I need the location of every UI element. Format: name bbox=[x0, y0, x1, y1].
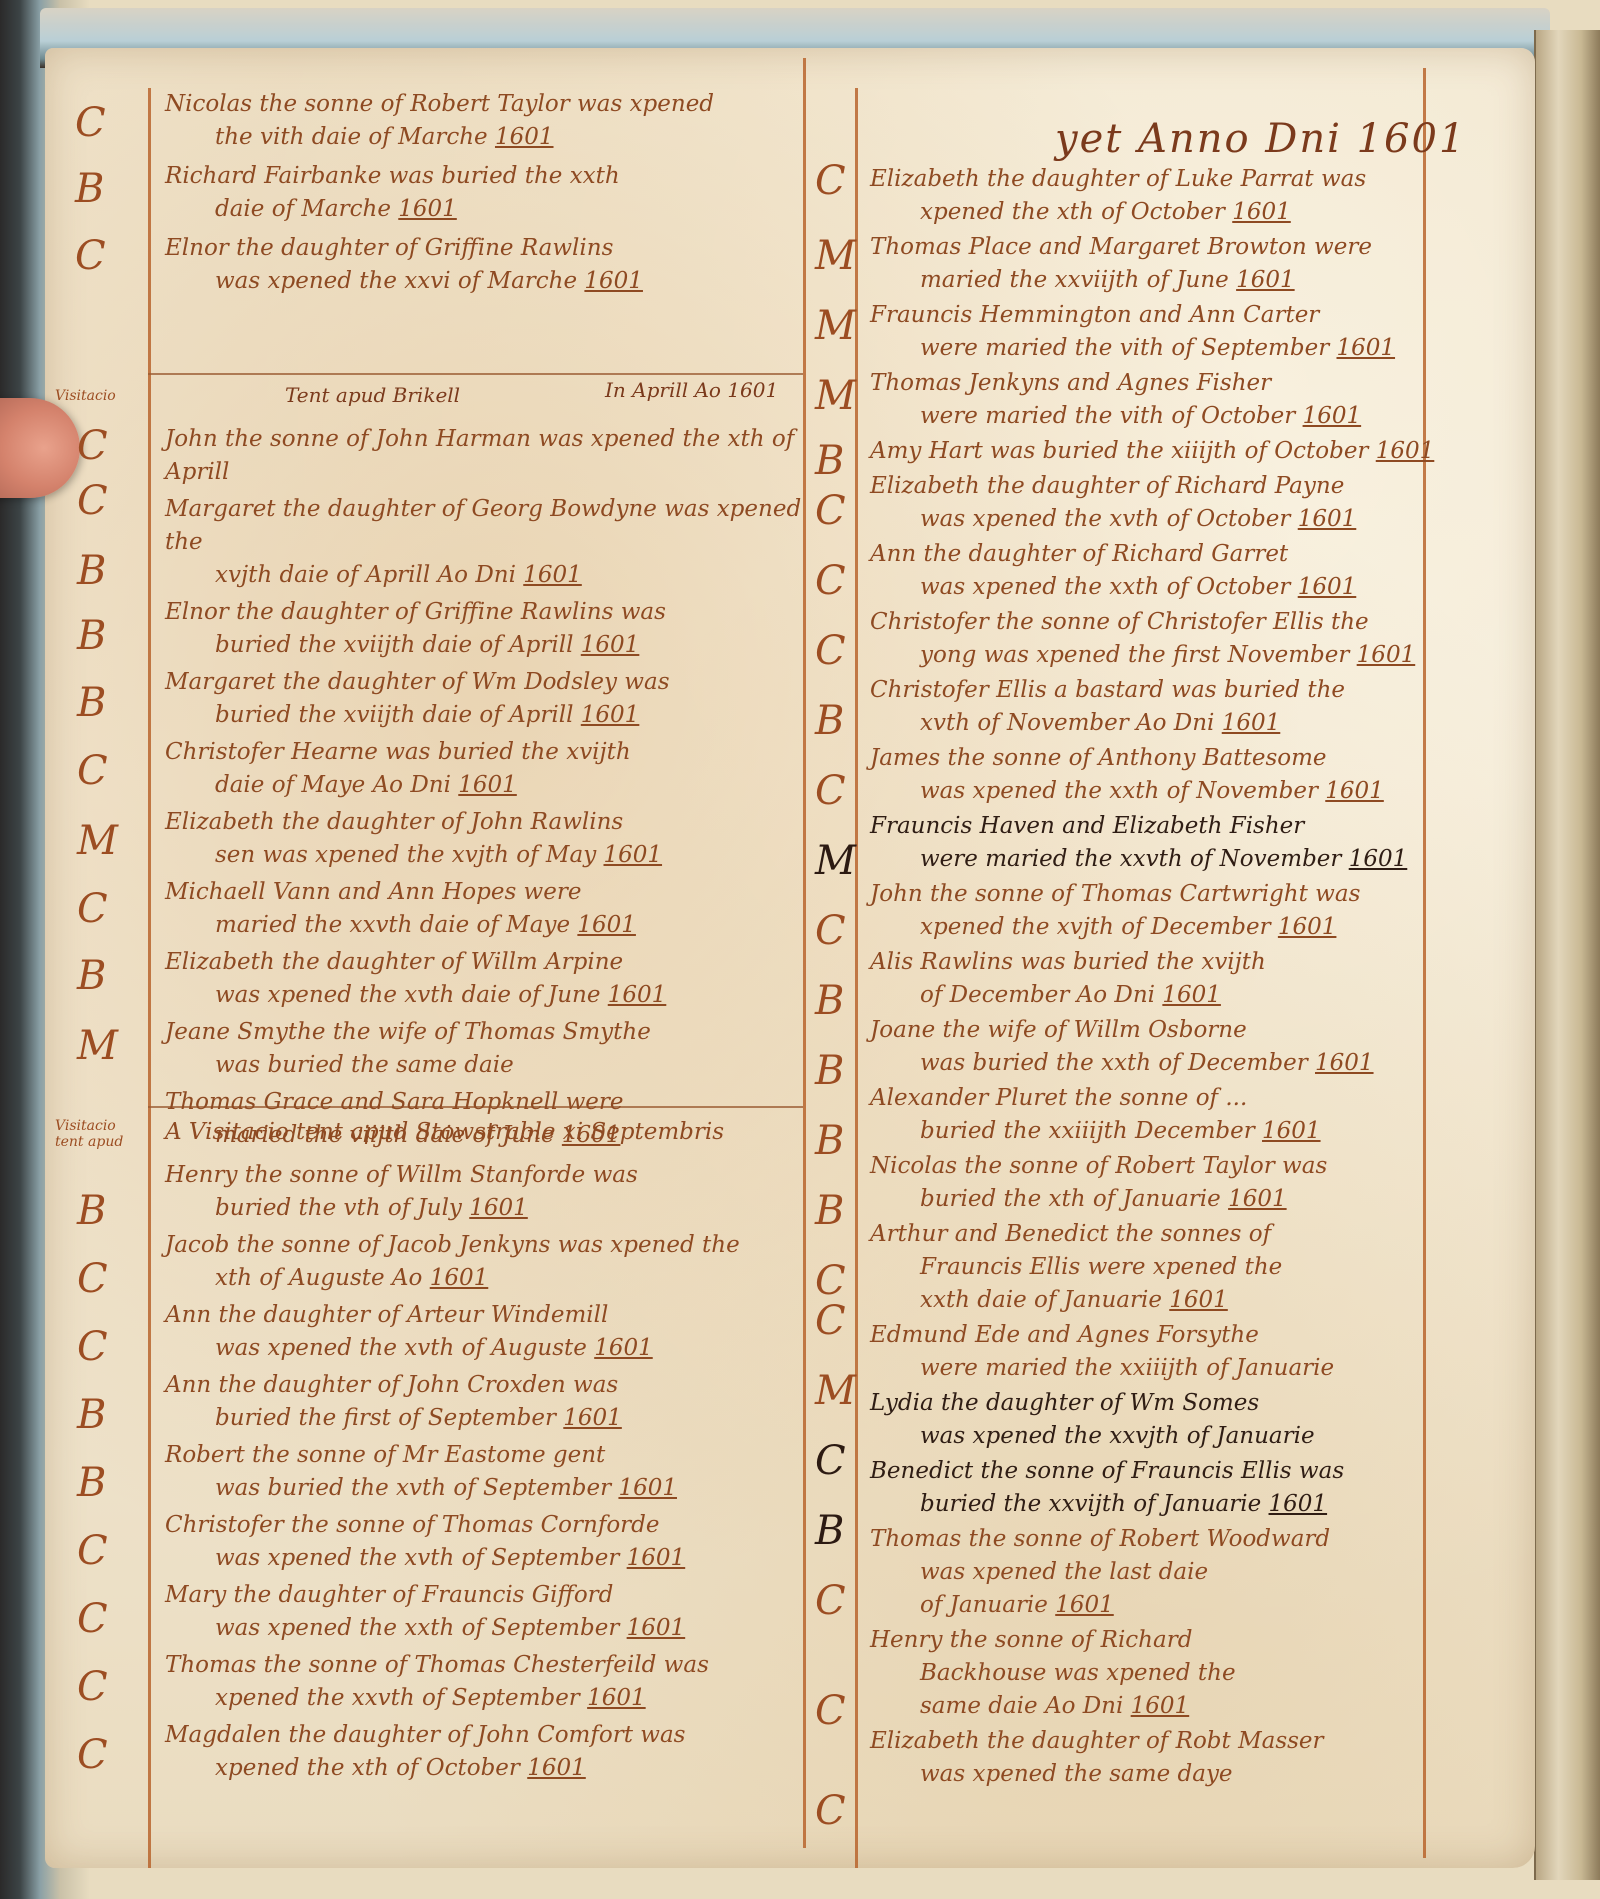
entry-line: buried the xviijth daie of Aprill bbox=[215, 702, 573, 728]
book-photo: yet Anno Dni 1601 Nicolas the sonne of R… bbox=[0, 0, 1600, 1899]
register-entry: James the sonne of Anthony Battesomewas … bbox=[870, 742, 1510, 808]
register-entry: Elizabeth the daughter of Robt Masserwas… bbox=[870, 1725, 1510, 1791]
entry-code: C bbox=[815, 1578, 846, 1624]
entry-line: xpened the xvjth of December bbox=[920, 914, 1271, 940]
entry-code: C bbox=[75, 100, 106, 146]
entry-year: 1601 bbox=[1228, 1186, 1287, 1212]
entry-code: C bbox=[77, 1324, 108, 1370]
margin-rule-left bbox=[148, 88, 151, 1868]
entry-line: was buried the xxth of December bbox=[920, 1050, 1308, 1076]
entry-code: B bbox=[75, 166, 104, 212]
entry-year: 1601 bbox=[563, 1405, 622, 1431]
left-column-block-3: A Visitacio tent apud Stowstrable xi Sep… bbox=[165, 1116, 805, 1785]
register-page: yet Anno Dni 1601 Nicolas the sonne of R… bbox=[45, 48, 1535, 1868]
entry-line: was xpened the xxth of September bbox=[215, 1615, 619, 1641]
entry-code: C bbox=[77, 1664, 108, 1710]
register-entry: Jeane Smythe the wife of Thomas Smythe w… bbox=[165, 1016, 805, 1082]
adjacent-page-edge bbox=[1534, 30, 1600, 1880]
entry-year: 1601 bbox=[1162, 982, 1221, 1008]
register-entry: Elnor the daughter of Griffine Rawlins w… bbox=[165, 596, 805, 662]
entry-year: 1601 bbox=[581, 702, 640, 728]
entry-line: Thomas the sonne of Thomas Chesterfeild … bbox=[165, 1652, 709, 1678]
entry-line: Benedict the sonne of Frauncis Ellis was bbox=[870, 1458, 1344, 1484]
entry-line: Henry the sonne of Willm Stanforde was bbox=[165, 1162, 638, 1188]
entry-line: buried the xth of Januarie bbox=[920, 1186, 1221, 1212]
register-entry: Frauncis Haven and Elizabeth Fisherwere … bbox=[870, 810, 1510, 876]
entry-line: was buried the same daie bbox=[215, 1052, 514, 1078]
entry-code: M bbox=[815, 303, 856, 349]
entry-line: Jacob the sonne of Jacob Jenkyns was xpe… bbox=[165, 1232, 740, 1258]
margin-note-visitation-2: Visitacio tent apud bbox=[55, 1118, 145, 1150]
entry-year: 1601 bbox=[587, 1685, 646, 1711]
entry-year: 1601 bbox=[1269, 1491, 1328, 1517]
entry-line: buried the xxiiijth December bbox=[920, 1118, 1255, 1144]
entry-year: 1601 bbox=[527, 1755, 586, 1781]
entry-year: 1601 bbox=[458, 772, 517, 798]
entry-line: Nicolas the sonne of Robert Taylor was bbox=[870, 1153, 1327, 1179]
entry-line: John the sonne of Thomas Cartwright was bbox=[870, 881, 1360, 907]
section-title: Tent apud Brikell bbox=[285, 383, 460, 407]
entry-year: 1601 bbox=[495, 124, 554, 150]
entry-line: was xpened the xvth of Auguste bbox=[215, 1335, 587, 1361]
entry-code: C bbox=[815, 488, 846, 534]
entry-line: Ann the daughter of John Croxden was bbox=[165, 1372, 618, 1398]
entry-year: 1601 bbox=[581, 632, 640, 658]
entry-code: B bbox=[77, 548, 106, 594]
entry-line: Magdalen the daughter of John Comfort wa… bbox=[165, 1722, 685, 1748]
register-entry: Elizabeth the daughter of John Rawlins s… bbox=[165, 806, 805, 872]
holding-thumb bbox=[0, 398, 80, 498]
entry-code: B bbox=[815, 698, 844, 744]
entry-line: buried the first of September bbox=[215, 1405, 556, 1431]
entry-line: was xpened the xxvi of Marche bbox=[215, 268, 577, 294]
entry-line: Backhouse was xpened the bbox=[920, 1660, 1236, 1686]
entry-line: Elizabeth the daughter of Willm Arpine bbox=[165, 949, 623, 975]
left-column-block-1: Nicolas the sonne of Robert Taylor was x… bbox=[165, 88, 795, 298]
entry-line: Margaret the daughter of Wm Dodsley was bbox=[165, 669, 670, 695]
entry-line: Thomas Place and Margaret Browton were bbox=[870, 234, 1372, 260]
entry-year: 1601 bbox=[1278, 914, 1337, 940]
register-entry: Elizabeth the daughter of Luke Parrat wa… bbox=[870, 163, 1510, 229]
entry-year: 1601 bbox=[1349, 846, 1408, 872]
entry-code: B bbox=[815, 1508, 844, 1554]
entry-code: C bbox=[77, 886, 108, 932]
register-entry: of Januarie 1601 bbox=[870, 1589, 1510, 1622]
entry-year: 1601 bbox=[584, 268, 643, 294]
entry-line: Arthur and Benedict the sonnes of bbox=[870, 1221, 1271, 1247]
entry-code: M bbox=[815, 373, 856, 419]
entry-line: xth of Auguste Ao bbox=[215, 1265, 422, 1291]
entry-year: 1601 bbox=[469, 1195, 528, 1221]
entry-line: Henry the sonne of Richard bbox=[870, 1627, 1192, 1653]
entry-line: was xpened the xxth of October bbox=[920, 574, 1290, 600]
entry-year: 1601 bbox=[1055, 1592, 1114, 1618]
entry-line: xvth of November Ao Dni bbox=[920, 710, 1214, 736]
entry-code: B bbox=[77, 613, 106, 659]
entry-line: Lydia the daughter of Wm Somes bbox=[870, 1390, 1259, 1416]
register-entry: Arthur and Benedict the sonnes ofFraunci… bbox=[870, 1218, 1510, 1284]
register-entry: Mary the daughter of Frauncis Gifford wa… bbox=[165, 1579, 805, 1645]
entry-code: B bbox=[815, 438, 844, 484]
entry-line: xxth daie of Januarie bbox=[920, 1287, 1162, 1313]
entry-line: maried the xxvth daie of Maye bbox=[215, 912, 570, 938]
entry-code: B bbox=[77, 953, 106, 999]
entry-line: Frauncis Hemmington and Ann Carter bbox=[870, 302, 1319, 328]
register-entry: Michaell Vann and Ann Hopes were maried … bbox=[165, 876, 805, 942]
register-entry: Edmund Ede and Agnes Forsythewere maried… bbox=[870, 1319, 1510, 1385]
register-entry: Amy Hart was buried the xiiijth of Octob… bbox=[870, 435, 1510, 468]
register-entry: Alexander Pluret the sonne of ...buried … bbox=[870, 1082, 1510, 1148]
entry-line: Richard Fairbanke was buried the xxth bbox=[165, 163, 620, 189]
register-entry: Thomas Place and Margaret Browton werema… bbox=[870, 231, 1510, 297]
entry-line: Mary the daughter of Frauncis Gifford bbox=[165, 1582, 613, 1608]
register-entry: Elnor the daughter of Griffine Rawlins w… bbox=[165, 232, 795, 298]
entry-line: Thomas the sonne of Robert Woodward bbox=[870, 1526, 1330, 1552]
section-date: In Aprill Ao 1601 bbox=[605, 378, 778, 402]
entry-line: xpened the xxvth of September bbox=[215, 1685, 580, 1711]
entry-year: 1601 bbox=[1337, 335, 1396, 361]
entry-line: Margaret the daughter of Georg Bowdyne w… bbox=[165, 496, 801, 555]
register-entry: Elizabeth the daughter of Richard Paynew… bbox=[870, 470, 1510, 536]
entry-line: were maried the vith of September bbox=[920, 335, 1329, 361]
entry-line: Elnor the daughter of Griffine Rawlins w… bbox=[165, 599, 666, 625]
entry-year: 1601 bbox=[627, 1545, 686, 1571]
entry-line: was xpened the xvth daie of June bbox=[215, 982, 600, 1008]
entry-year: 1601 bbox=[604, 842, 663, 868]
entry-year: 1601 bbox=[1357, 642, 1416, 668]
register-entry: Christofer the sonne of Thomas Cornforde… bbox=[165, 1509, 805, 1575]
entry-line: of Januarie bbox=[920, 1592, 1048, 1618]
register-entry: Elizabeth the daughter of Willm Arpine w… bbox=[165, 946, 805, 1012]
entry-line: was xpened the xxvjth of Januarie bbox=[920, 1423, 1315, 1449]
section-title: A Visitacio tent apud Stowstrable xi Sep… bbox=[165, 1116, 805, 1149]
entry-line: were maried the xxvth of November bbox=[920, 846, 1341, 872]
entry-code: M bbox=[77, 1023, 118, 1069]
entry-year: 1601 bbox=[1222, 710, 1281, 736]
entry-line: Alis Rawlins was buried the xvijth bbox=[870, 949, 1266, 975]
register-entry: Magdalen the daughter of John Comfort wa… bbox=[165, 1719, 805, 1785]
entry-code: C bbox=[815, 1688, 846, 1734]
entry-line: buried the vth of July bbox=[215, 1195, 462, 1221]
entry-code: C bbox=[77, 1596, 108, 1642]
entry-code: C bbox=[75, 233, 106, 279]
register-entry: Thomas the sonne of Thomas Chesterfeild … bbox=[165, 1649, 805, 1715]
entry-line: same daie Ao Dni bbox=[920, 1693, 1123, 1719]
entry-line: Christofer the sonne of Thomas Cornforde bbox=[165, 1512, 660, 1538]
entry-line: buried the xxvijth of Januarie bbox=[920, 1491, 1261, 1517]
entry-code: M bbox=[815, 838, 856, 884]
entry-line: Edmund Ede and Agnes Forsythe bbox=[870, 1322, 1259, 1348]
entry-line: xvjth daie of Aprill Ao Dni bbox=[215, 562, 516, 588]
entry-line: the vith daie of Marche bbox=[215, 124, 488, 150]
entry-code: C bbox=[815, 158, 846, 204]
entry-line: Ann the daughter of Richard Garret bbox=[870, 541, 1288, 567]
register-entry: John the sonne of John Harman was xpened… bbox=[165, 423, 805, 489]
entry-code: C bbox=[77, 1732, 108, 1778]
entry-line: Elizabeth the daughter of Luke Parrat wa… bbox=[870, 166, 1366, 192]
entry-code: C bbox=[815, 558, 846, 604]
entry-line: xpened the xth of October bbox=[920, 199, 1225, 225]
entry-line: Elizabeth the daughter of Robt Masser bbox=[870, 1728, 1324, 1754]
register-entry: Nicolas the sonne of Robert Taylor was x… bbox=[165, 88, 795, 154]
register-entry: Thomas Jenkyns and Agnes Fisherwere mari… bbox=[870, 367, 1510, 433]
entry-year: 1601 bbox=[1303, 403, 1362, 429]
entry-code: B bbox=[815, 1118, 844, 1164]
register-entry: Henry the sonne of Willm Stanforde was b… bbox=[165, 1159, 805, 1225]
entry-line: Nicolas the sonne of Robert Taylor was x… bbox=[165, 91, 714, 117]
entry-line: daie of Maye Ao Dni bbox=[215, 772, 451, 798]
entry-year: 1601 bbox=[1325, 778, 1384, 804]
entry-line: of December Ao Dni bbox=[920, 982, 1155, 1008]
entry-line: Elizabeth the daughter of Richard Payne bbox=[870, 473, 1344, 499]
entry-code: C bbox=[815, 1438, 846, 1484]
entry-code: B bbox=[815, 1188, 844, 1234]
entry-line: buried the xviijth daie of Aprill bbox=[215, 632, 573, 658]
register-entry: Nicolas the sonne of Robert Taylor wasbu… bbox=[870, 1150, 1510, 1216]
entry-line: sen was xpened the xvjth of May bbox=[215, 842, 596, 868]
entry-code: C bbox=[815, 1298, 846, 1344]
entry-code: C bbox=[815, 908, 846, 954]
entry-code: C bbox=[77, 748, 108, 794]
entry-code: B bbox=[815, 978, 844, 1024]
entry-code: B bbox=[77, 1392, 106, 1438]
entry-year: 1601 bbox=[1376, 438, 1435, 464]
entry-code: M bbox=[815, 1368, 856, 1414]
register-entry: Alis Rawlins was buried the xvijthof Dec… bbox=[870, 946, 1510, 1012]
margin-note-visitation: Visitacio bbox=[55, 388, 116, 404]
entry-line: Michaell Vann and Ann Hopes were bbox=[165, 879, 581, 905]
entry-line: Robert the sonne of Mr Eastome gent bbox=[165, 1442, 605, 1468]
entry-line: Jeane Smythe the wife of Thomas Smythe bbox=[165, 1019, 651, 1045]
entry-line: Thomas Jenkyns and Agnes Fisher bbox=[870, 370, 1271, 396]
entry-year: 1601 bbox=[608, 982, 667, 1008]
section-title-text: A Visitacio tent apud Stowstrable xi Sep… bbox=[165, 1119, 724, 1145]
entry-line: daie of Marche bbox=[215, 196, 391, 222]
entry-year: 1601 bbox=[1262, 1118, 1321, 1144]
register-entry: Christofer Hearne was buried the xvijth … bbox=[165, 736, 805, 802]
entry-line: Elnor the daughter of Griffine Rawlins bbox=[165, 235, 613, 261]
entry-code: B bbox=[77, 680, 106, 726]
entry-line: yong was xpened the first November bbox=[920, 642, 1349, 668]
entry-year: 1601 bbox=[594, 1335, 653, 1361]
register-entry: Margaret the daughter of Georg Bowdyne w… bbox=[165, 493, 805, 592]
entry-code: C bbox=[77, 478, 108, 524]
register-entry: Frauncis Hemmington and Ann Carterwere m… bbox=[870, 299, 1510, 365]
entry-year: 1601 bbox=[430, 1265, 489, 1291]
register-entry: Thomas the sonne of Robert Woodwardwas x… bbox=[870, 1523, 1510, 1589]
entry-line: maried the xxviijth of June bbox=[920, 267, 1229, 293]
entry-code: B bbox=[77, 1460, 106, 1506]
entry-line: Joane the wife of Willm Osborne bbox=[870, 1017, 1247, 1043]
register-entry: Henry the sonne of RichardBackhouse was … bbox=[870, 1624, 1510, 1690]
margin-rule-right bbox=[855, 88, 858, 1868]
register-entry: same daie Ao Dni 1601 bbox=[870, 1690, 1510, 1723]
entry-line: Frauncis Haven and Elizabeth Fisher bbox=[870, 813, 1304, 839]
entry-code: B bbox=[815, 1048, 844, 1094]
entry-line: was xpened the xxth of November bbox=[920, 778, 1318, 804]
entry-line: xpened the xth of October bbox=[215, 1755, 520, 1781]
register-entry: xxth daie of Januarie 1601 bbox=[870, 1284, 1510, 1317]
entry-line: was buried the xvth of September bbox=[215, 1475, 611, 1501]
entry-year: 1601 bbox=[1315, 1050, 1374, 1076]
entry-year: 1601 bbox=[1298, 574, 1357, 600]
entry-year: 1601 bbox=[577, 912, 636, 938]
register-entry: Ann the daughter of Richard Garretwas xp… bbox=[870, 538, 1510, 604]
entry-year: 1601 bbox=[398, 196, 457, 222]
entry-code: C bbox=[815, 628, 846, 674]
entry-code: C bbox=[77, 423, 108, 469]
entry-line: Alexander Pluret the sonne of ... bbox=[870, 1085, 1247, 1111]
register-entry: Ann the daughter of John Croxden was bur… bbox=[165, 1369, 805, 1435]
register-entry: Ann the daughter of Arteur Windemill was… bbox=[165, 1299, 805, 1365]
register-entry: Joane the wife of Willm Osbornewas burie… bbox=[870, 1014, 1510, 1080]
entry-year: 1601 bbox=[1232, 199, 1291, 225]
entry-year: 1601 bbox=[1236, 267, 1295, 293]
entry-line: was xpened the same daye bbox=[920, 1761, 1233, 1787]
entry-line: Christofer the sonne of Christofer Ellis… bbox=[870, 609, 1369, 635]
register-entry: Margaret the daughter of Wm Dodsley was … bbox=[165, 666, 805, 732]
entry-line: Elizabeth the daughter of John Rawlins bbox=[165, 809, 623, 835]
entry-line: Ann the daughter of Arteur Windemill bbox=[165, 1302, 608, 1328]
left-column-block-2: John the sonne of John Harman was xpened… bbox=[165, 423, 805, 1152]
register-entry: Christofer the sonne of Christofer Ellis… bbox=[870, 606, 1510, 672]
entry-year: 1601 bbox=[523, 562, 582, 588]
entry-line: were maried the xxiiijth of Januarie bbox=[920, 1355, 1334, 1381]
entry-line: Frauncis Ellis were xpened the bbox=[920, 1254, 1282, 1280]
register-entry: Lydia the daughter of Wm Someswas xpened… bbox=[870, 1387, 1510, 1453]
entry-code: C bbox=[77, 1528, 108, 1574]
entry-code: M bbox=[815, 233, 856, 279]
register-entry: Christofer Ellis a bastard was buried th… bbox=[870, 674, 1510, 740]
entry-line: were maried the vith of October bbox=[920, 403, 1295, 429]
entry-year: 1601 bbox=[1169, 1287, 1228, 1313]
entry-code: B bbox=[77, 1188, 106, 1234]
entry-year: 1601 bbox=[627, 1615, 686, 1641]
entry-line: Amy Hart was buried the xiiijth of Octob… bbox=[870, 438, 1368, 464]
entry-year: 1601 bbox=[1298, 506, 1357, 532]
entry-code: C bbox=[77, 1256, 108, 1302]
entry-line: was xpened the last daie bbox=[920, 1559, 1208, 1585]
entry-code: C bbox=[815, 1788, 846, 1834]
entry-year: 1601 bbox=[1131, 1693, 1190, 1719]
register-entry: John the sonne of Thomas Cartwright wasx… bbox=[870, 878, 1510, 944]
entry-line: was xpened the xvth of October bbox=[920, 506, 1290, 532]
entry-line: Christofer Ellis a bastard was buried th… bbox=[870, 677, 1345, 703]
entry-line: was xpened the xvth of September bbox=[215, 1545, 619, 1571]
register-entry: Robert the sonne of Mr Eastome gent was … bbox=[165, 1439, 805, 1505]
right-column: Elizabeth the daughter of Luke Parrat wa… bbox=[870, 163, 1510, 1791]
section-divider-1 bbox=[148, 373, 803, 375]
register-entry: Benedict the sonne of Frauncis Ellis was… bbox=[870, 1455, 1510, 1521]
entry-line: Christofer Hearne was buried the xvijth bbox=[165, 739, 631, 765]
entry-code: C bbox=[815, 768, 846, 814]
entry-code: M bbox=[77, 818, 118, 864]
entry-line: John the sonne of John Harman was xpened… bbox=[165, 426, 794, 485]
entry-line: James the sonne of Anthony Battesome bbox=[870, 745, 1327, 771]
page-heading: yet Anno Dni 1601 bbox=[1055, 116, 1466, 162]
entry-line: Thomas Grace and Sara Hopknell were bbox=[165, 1089, 623, 1115]
register-entry: Richard Fairbanke was buried the xxth da… bbox=[165, 160, 795, 226]
entry-year: 1601 bbox=[618, 1475, 677, 1501]
register-entry: Jacob the sonne of Jacob Jenkyns was xpe… bbox=[165, 1229, 805, 1295]
